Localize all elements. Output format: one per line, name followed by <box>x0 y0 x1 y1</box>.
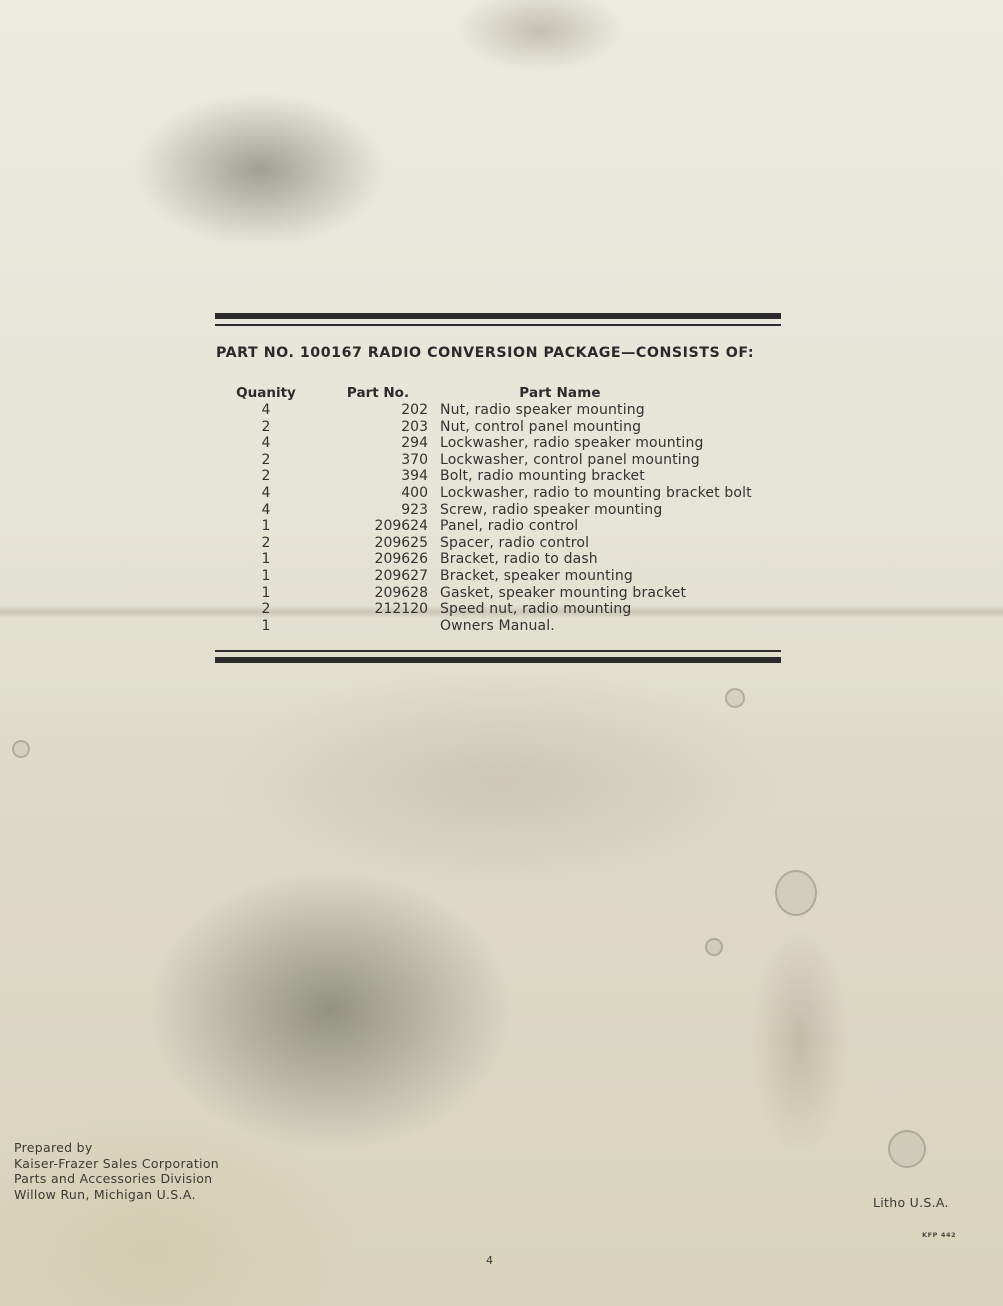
header-part-no: Part No. <box>338 385 418 402</box>
quantity-cell: 1 <box>230 551 302 568</box>
header-part-name: Part Name <box>500 385 620 402</box>
page-number: 4 <box>486 1254 493 1267</box>
table-row: 2394Bolt, radio mounting bracket <box>230 468 790 485</box>
part-name-cell: Bracket, speaker mounting <box>440 568 800 585</box>
part-number-cell: 209625 <box>330 535 428 552</box>
litho-mark: Litho U.S.A. <box>873 1195 949 1210</box>
quantity-cell: 1 <box>230 585 302 602</box>
part-number-cell: 209628 <box>330 585 428 602</box>
form-code: KFP 442 <box>922 1231 956 1239</box>
table-row: 1209628Gasket, speaker mounting bracket <box>230 585 790 602</box>
part-name-cell: Lockwasher, radio speaker mounting <box>440 435 800 452</box>
top-rule-thin <box>215 324 781 326</box>
stain-spot <box>12 740 30 758</box>
part-name-cell: Spacer, radio control <box>440 535 800 552</box>
quantity-cell: 4 <box>230 485 302 502</box>
company-location: Willow Run, Michigan U.S.A. <box>14 1187 219 1203</box>
table-row: 2370Lockwasher, control panel mounting <box>230 452 790 469</box>
quantity-cell: 1 <box>230 518 302 535</box>
bottom-rule-thick <box>215 657 781 663</box>
part-number-cell: 370 <box>330 452 428 469</box>
table-row: 2212120Speed nut, radio mounting <box>230 601 790 618</box>
stain-spot <box>725 688 745 708</box>
table-row: 4294Lockwasher, radio speaker mounting <box>230 435 790 452</box>
part-number-cell: 294 <box>330 435 428 452</box>
table-row: 1Owners Manual. <box>230 618 790 635</box>
top-rule-thick <box>215 313 781 319</box>
part-number-cell: 400 <box>330 485 428 502</box>
table-row: 2209625Spacer, radio control <box>230 535 790 552</box>
quantity-cell: 2 <box>230 452 302 469</box>
part-name-cell: Speed nut, radio mounting <box>440 601 800 618</box>
table-row: 4400Lockwasher, radio to mounting bracke… <box>230 485 790 502</box>
part-name-cell: Owners Manual. <box>440 618 800 635</box>
table-row: 4923Screw, radio speaker mounting <box>230 502 790 519</box>
quantity-cell: 1 <box>230 618 302 635</box>
quantity-cell: 1 <box>230 568 302 585</box>
part-number-cell: 209627 <box>330 568 428 585</box>
table-row: 1209626Bracket, radio to dash <box>230 551 790 568</box>
quantity-cell: 4 <box>230 402 302 419</box>
part-number-cell: 202 <box>330 402 428 419</box>
part-number-cell: 394 <box>330 468 428 485</box>
prepared-by-block: Prepared by Kaiser-Frazer Sales Corporat… <box>14 1140 219 1202</box>
quantity-cell: 2 <box>230 468 302 485</box>
part-number-cell: 209624 <box>330 518 428 535</box>
stain-spot <box>775 870 817 916</box>
part-name-cell: Bolt, radio mounting bracket <box>440 468 800 485</box>
table-body: 4202Nut, radio speaker mounting2203Nut, … <box>230 402 790 634</box>
part-name-cell: Lockwasher, control panel mounting <box>440 452 800 469</box>
quantity-cell: 2 <box>230 535 302 552</box>
parts-table: Quanity Part No. Part Name 4202Nut, radi… <box>230 385 790 634</box>
quantity-cell: 4 <box>230 435 302 452</box>
prepared-by-label: Prepared by <box>14 1140 219 1156</box>
table-row: 1209627Bracket, speaker mounting <box>230 568 790 585</box>
quantity-cell: 2 <box>230 419 302 436</box>
table-row: 1209624Panel, radio control <box>230 518 790 535</box>
part-number-cell: 212120 <box>330 601 428 618</box>
division-name: Parts and Accessories Division <box>14 1171 219 1187</box>
table-row: 2203Nut, control panel mounting <box>230 419 790 436</box>
part-name-cell: Screw, radio speaker mounting <box>440 502 800 519</box>
part-number-cell: 209626 <box>330 551 428 568</box>
table-row: 4202Nut, radio speaker mounting <box>230 402 790 419</box>
quantity-cell: 4 <box>230 502 302 519</box>
part-number-cell: 203 <box>330 419 428 436</box>
header-quantity: Quanity <box>230 385 302 402</box>
part-number-cell: 923 <box>330 502 428 519</box>
stain-spot <box>888 1130 926 1168</box>
part-name-cell: Gasket, speaker mounting bracket <box>440 585 800 602</box>
part-name-cell: Nut, radio speaker mounting <box>440 402 800 419</box>
part-name-cell: Bracket, radio to dash <box>440 551 800 568</box>
table-header: Quanity Part No. Part Name <box>230 385 790 402</box>
package-title: PART NO. 100167 RADIO CONVERSION PACKAGE… <box>216 345 816 361</box>
part-name-cell: Lockwasher, radio to mounting bracket bo… <box>440 485 800 502</box>
stain-spot <box>705 938 723 956</box>
company-name: Kaiser-Frazer Sales Corporation <box>14 1156 219 1172</box>
bottom-rule-thin <box>215 650 781 652</box>
part-name-cell: Panel, radio control <box>440 518 800 535</box>
quantity-cell: 2 <box>230 601 302 618</box>
part-name-cell: Nut, control panel mounting <box>440 419 800 436</box>
